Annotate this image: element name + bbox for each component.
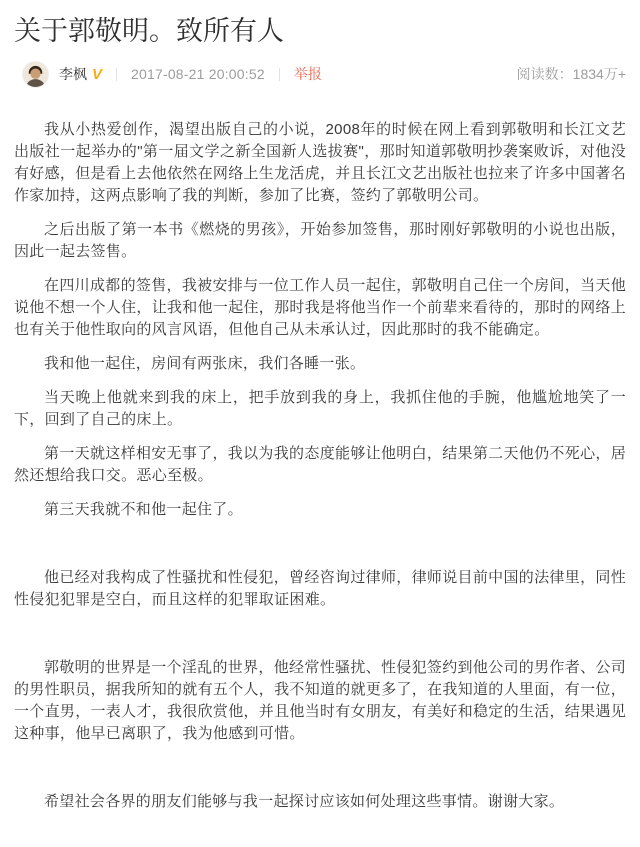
paragraph-spacer bbox=[14, 757, 626, 779]
paragraph-spacer bbox=[14, 623, 626, 645]
article-page: 关于郭敬明。致所有人 李枫 V 2017-08-21 20:00:52 举报 阅… bbox=[0, 0, 640, 847]
article-paragraph: 第一天就这样相安无事了，我以为我的态度能够让他明白，结果第二天他仍不死心，居然还… bbox=[14, 443, 626, 487]
read-count: 阅读数：1834万+ bbox=[517, 64, 626, 84]
divider bbox=[279, 68, 280, 81]
article-meta-bar: 李枫 V 2017-08-21 20:00:52 举报 阅读数：1834万+ bbox=[14, 60, 626, 88]
article-paragraph: 郭敬明的世界是一个淫乱的世界，他经常性骚扰、性侵犯签约到他公司的男作者、公司的男… bbox=[14, 657, 626, 745]
report-link[interactable]: 举报 bbox=[294, 64, 322, 84]
article-paragraph: 我从小热爱创作，渴望出版自己的小说，2008年的时候在网上看到郭敬明和长江文艺出… bbox=[14, 119, 626, 207]
article-paragraph: 第三天我就不和他一起住了。 bbox=[14, 499, 626, 521]
divider bbox=[116, 68, 117, 81]
article-paragraph: 之后出版了第一本书《燃烧的男孩》，开始参加签售，那时刚好郭敬明的小说也出版，因此… bbox=[14, 219, 626, 263]
article-paragraph: 在四川成都的签售，我被安排与一位工作人员一起住，郭敬明自己住一个房间，当天他说他… bbox=[14, 275, 626, 341]
article-paragraph: 希望社会各界的朋友们能够与我一起探讨应该如何处理这些事情。谢谢大家。 bbox=[14, 791, 626, 813]
article-body: 我从小热爱创作，渴望出版自己的小说，2008年的时候在网上看到郭敬明和长江文艺出… bbox=[14, 119, 626, 813]
author-name[interactable]: 李枫 bbox=[59, 64, 87, 84]
paragraph-spacer bbox=[14, 533, 626, 555]
avatar-image bbox=[23, 62, 48, 87]
article-paragraph: 我和他一起住，房间有两张床，我们各睡一张。 bbox=[14, 353, 626, 375]
article-paragraph: 他已经对我构成了性骚扰和性侵犯，曾经咨询过律师，律师说目前中国的法律里，同性性侵… bbox=[14, 567, 626, 611]
publish-timestamp: 2017-08-21 20:00:52 bbox=[131, 66, 265, 82]
verified-badge-icon: V bbox=[92, 67, 102, 82]
article-paragraph: 当天晚上他就来到我的床上，把手放到我的身上，我抓住他的手腕，他尴尬地笑了一下，回… bbox=[14, 387, 626, 431]
avatar[interactable] bbox=[22, 61, 49, 88]
article-title: 关于郭敬明。致所有人 bbox=[14, 14, 626, 48]
